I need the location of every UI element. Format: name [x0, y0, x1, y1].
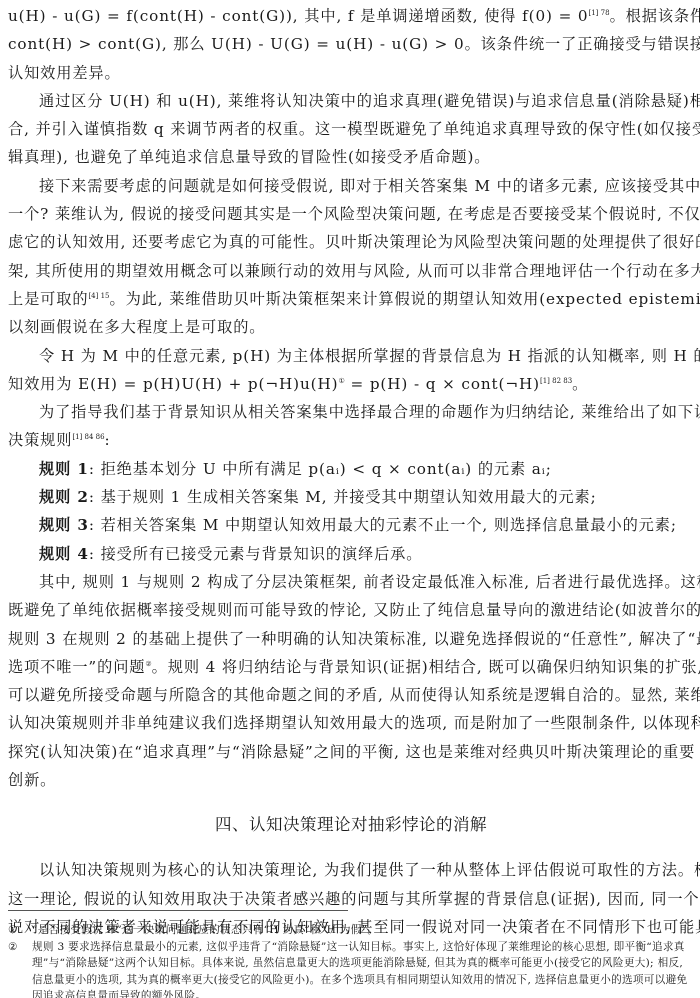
footnote-marker: ①: [8, 922, 18, 939]
citation-superscript: [4] 15: [88, 292, 109, 300]
text-line: 选项不唯一”的问题②。规则 4 将归纳结论与背景知识(证据)相结合, 既可以确保…: [8, 653, 694, 681]
line-text: 可以避免所接受命题与所隐含的其他命题之间的矛盾, 从而使得认知系统是逻辑自洽的。…: [8, 686, 700, 704]
text-line: 上是可取的[4] 15。为此, 莱维借助贝叶斯决策框架来计算假说的期望认知效用(…: [8, 285, 694, 313]
line-text: 探究(认知决策)在“追求真理”与“消除悬疑”之间的平衡, 这也是莱维对经典贝叶斯…: [8, 743, 695, 761]
text-line: 合, 并引入谨慎指数 q 来调节两者的权重。这一模型既避免了单纯追求真理导致的保…: [8, 115, 694, 143]
text-line: 知效用为 E(H) = p(H)U(H) + p(¬H)u(H)① = p(H)…: [8, 370, 694, 398]
line-text: 选项不唯一”的问题: [8, 658, 145, 676]
decision-rule: 规则 1: 拒绝基本划分 U 中所有满足 p(aᵢ) < q × cont(aᵢ…: [8, 455, 694, 483]
rule-text: : 基于规则 1 生成相关答案集 M, 并接受其中期望认知效用最大的元素;: [89, 488, 597, 506]
line-text: 创新。: [8, 771, 56, 789]
line-text: 为了指导我们基于背景知识从相关答案集中选择最合理的命题作为归纳结论, 莱维给出了…: [39, 403, 700, 421]
line-text: 通过区分 U(H) 和 u(H), 莱维将认知决策中的追求真理(避免错误)与追求…: [39, 92, 700, 110]
text-line: cont(H) > cont(G), 那么 U(H) - U(G) = u(H)…: [8, 30, 694, 58]
text-line: 以认知决策规则为核心的认知决策理论, 为我们提供了一种从整体上评估假说可取性的方…: [8, 856, 694, 884]
line-text: 接下来需要考虑的问题就是如何接受假说, 即对于相关答案集 M 中的诸多元素, 应…: [39, 177, 700, 195]
text-line: 决策规则[1] 84 86:: [8, 426, 694, 454]
text-line: 认知决策规则并非单纯建议我们选择期望认知效用最大的选项, 而是附加了一些限制条件…: [8, 709, 694, 737]
rule-label: 规则 2: [39, 488, 89, 506]
decision-rules-list: 规则 1: 拒绝基本划分 U 中所有满足 p(aᵢ) < q × cont(aᵢ…: [8, 455, 694, 568]
line-text: 。为此, 莱维借助贝叶斯决策框架来计算假说的期望认知效用(expected ep…: [110, 290, 700, 308]
section-heading: 四、认知决策理论对抽彩悖论的消解: [8, 810, 694, 840]
line-text: 合, 并引入谨慎指数 q 来调节两者的权重。这一模型既避免了单纯追求真理导致的保…: [8, 120, 700, 138]
text-line: u(H) - u(G) = f(cont(H) - cont(G)), 其中, …: [8, 2, 694, 30]
line-text: 其中, 规则 1 与规则 2 构成了分层决策框架, 前者设定最低准入标准, 后者…: [39, 573, 700, 591]
decision-rule: 规则 4: 接受所有已接受元素与背景知识的演绎后承。: [8, 540, 694, 568]
line-text: 一个? 莱维认为, 假说的接受问题其实是一个风险型决策问题, 在考虑是否要接受某…: [8, 205, 700, 223]
text-line: 令 H 为 M 中的任意元素, p(H) 为主体根据所掌握的背景信息为 H 指派…: [8, 342, 694, 370]
rule-label: 规则 3: [39, 516, 89, 534]
paragraph-block-1: u(H) - u(G) = f(cont(H) - cont(G)), 其中, …: [8, 2, 694, 455]
text-line: 创新。: [8, 766, 694, 794]
line-text: 虑它的认知效用, 还要考虑它为真的可能性。贝叶斯决策理论为风险型决策问题的处理提…: [8, 233, 700, 251]
line-text: 规则 3 在规则 2 的基础上提供了一种明确的认知决策标准, 以避免选择假说的“…: [8, 630, 700, 648]
text-line: 认知效用差异。: [8, 59, 694, 87]
line-text: 令 H 为 M 中的任意元素, p(H) 为主体根据所掌握的背景信息为 H 指派…: [39, 347, 700, 365]
line-text: = p(H) - q × cont(¬H): [345, 375, 540, 393]
line-text: 。规则 4 将归纳结论与背景知识(证据)相结合, 既可以确保归纳知识集的扩张, …: [152, 658, 700, 676]
line-text: 。: [572, 375, 588, 393]
text-line: 接下来需要考虑的问题就是如何接受假说, 即对于相关答案集 M 中的诸多元素, 应…: [8, 172, 694, 200]
text-line: 可以避免所接受命题与所隐含的其他命题之间的矛盾, 从而使得认知系统是逻辑自洽的。…: [8, 681, 694, 709]
line-text: 以刻画假说在多大程度上是可取的。: [8, 318, 265, 336]
line-text: 决策规则: [8, 431, 72, 449]
text-line: 为了指导我们基于背景知识从相关答案集中选择最合理的命题作为归纳结论, 莱维给出了…: [8, 398, 694, 426]
text-line: 虑它的认知效用, 还要考虑它为真的可能性。贝叶斯决策理论为风险型决策问题的处理提…: [8, 228, 694, 256]
rule-label: 规则 4: [39, 545, 89, 563]
footnote-divider: [8, 910, 348, 911]
citation-superscript: [1] 84 86: [72, 433, 104, 441]
line-text: 辑真理), 也避免了单纯追求信息量导致的冒险性(如接受矛盾命题)。: [8, 148, 490, 166]
decision-rule: 规则 3: 若相关答案集 M 中期望认知效用最大的元素不止一个, 则选择信息量最…: [8, 511, 694, 539]
footnote-text: 规则 3 要求选择信息量最小的元素, 这似乎违背了“消除悬疑”这一认知目标。事实…: [32, 939, 694, 998]
text-line: 规则 3 在规则 2 的基础上提供了一种明确的认知决策标准, 以避免选择假说的“…: [8, 625, 694, 653]
rule-text: : 接受所有已接受元素与背景知识的演绎后承。: [89, 545, 423, 563]
text-line: 既避免了单纯依据概率接受规则而可能导致的悖论, 又防止了纯信息量导向的激进结论(…: [8, 596, 694, 624]
line-text: cont(H) > cont(G), 那么 U(H) - U(G) = u(H)…: [8, 35, 700, 53]
line-text: 认知决策规则并非单纯建议我们选择期望认知效用最大的选项, 而是附加了一些限制条件…: [8, 714, 700, 732]
line-text: u(H) - u(G) = f(cont(H) - cont(G)), 其中, …: [8, 7, 589, 25]
rule-text: : 拒绝基本划分 U 中所有满足 p(aᵢ) < q × cont(aᵢ) 的元…: [89, 460, 552, 478]
text-line: 一个? 莱维认为, 假说的接受问题其实是一个风险型决策问题, 在考虑是否要接受某…: [8, 200, 694, 228]
article-body: u(H) - u(G) = f(cont(H) - cont(G)), 其中, …: [8, 2, 694, 941]
citation-superscript: [1] 82 83: [540, 377, 572, 385]
line-text: 既避免了单纯依据概率接受规则而可能导致的悖论, 又防止了纯信息量导向的激进结论(…: [8, 601, 700, 619]
text-line: 辑真理), 也避免了单纯追求信息量导致的冒险性(如接受矛盾命题)。: [8, 143, 694, 171]
line-text: 以认知决策规则为核心的认知决策理论, 为我们提供了一种从整体上评估假说可取性的方…: [39, 861, 700, 879]
paragraph-block-2: 其中, 规则 1 与规则 2 构成了分层决策框架, 前者设定最低准入标准, 后者…: [8, 568, 694, 794]
line-text: 上是可取的: [8, 290, 88, 308]
rule-text: : 若相关答案集 M 中期望认知效用最大的元素不止一个, 则选择信息量最小的元素…: [89, 516, 677, 534]
text-line: 以刻画假说在多大程度上是可取的。: [8, 313, 694, 341]
rule-label: 规则 1: [39, 460, 89, 478]
footnotes: ①“是否接受假说 H”这一决策问题对应的状态只有“H 为真”和“H 为假”。②规…: [8, 922, 694, 998]
text-line: 架, 其所使用的期望效用概念可以兼顾行动的效用与风险, 从而可以非常合理地评估一…: [8, 257, 694, 285]
line-text: 认知效用差异。: [8, 64, 121, 82]
footnote-marker: ②: [8, 939, 18, 956]
line-text: 知效用为 E(H) = p(H)U(H) + p(¬H)u(H): [8, 375, 338, 393]
line-text: 。根据该条件, 如果: [610, 7, 700, 25]
citation-superscript: [1] 78: [589, 9, 610, 17]
text-line: 这一理论, 假说的认知效用取决于决策者感兴趣的问题与其所掌握的背景信息(证据),…: [8, 885, 694, 913]
text-line: 探究(认知决策)在“追求真理”与“消除悬疑”之间的平衡, 这也是莱维对经典贝叶斯…: [8, 738, 694, 766]
line-text: 这一理论, 假说的认知效用取决于决策者感兴趣的问题与其所掌握的背景信息(证据),…: [8, 890, 700, 908]
footnote: ①“是否接受假说 H”这一决策问题对应的状态只有“H 为真”和“H 为假”。: [8, 922, 694, 939]
text-line: 其中, 规则 1 与规则 2 构成了分层决策框架, 前者设定最低准入标准, 后者…: [8, 568, 694, 596]
decision-rule: 规则 2: 基于规则 1 生成相关答案集 M, 并接受其中期望认知效用最大的元素…: [8, 483, 694, 511]
footnote: ②规则 3 要求选择信息量最小的元素, 这似乎违背了“消除悬疑”这一认知目标。事…: [8, 939, 694, 998]
line-text: 架, 其所使用的期望效用概念可以兼顾行动的效用与风险, 从而可以非常合理地评估一…: [8, 262, 700, 280]
line-text: :: [105, 431, 111, 449]
footnote-text: “是否接受假说 H”这一决策问题对应的状态只有“H 为真”和“H 为假”。: [32, 922, 694, 939]
text-line: 通过区分 U(H) 和 u(H), 莱维将认知决策中的追求真理(避免错误)与追求…: [8, 87, 694, 115]
